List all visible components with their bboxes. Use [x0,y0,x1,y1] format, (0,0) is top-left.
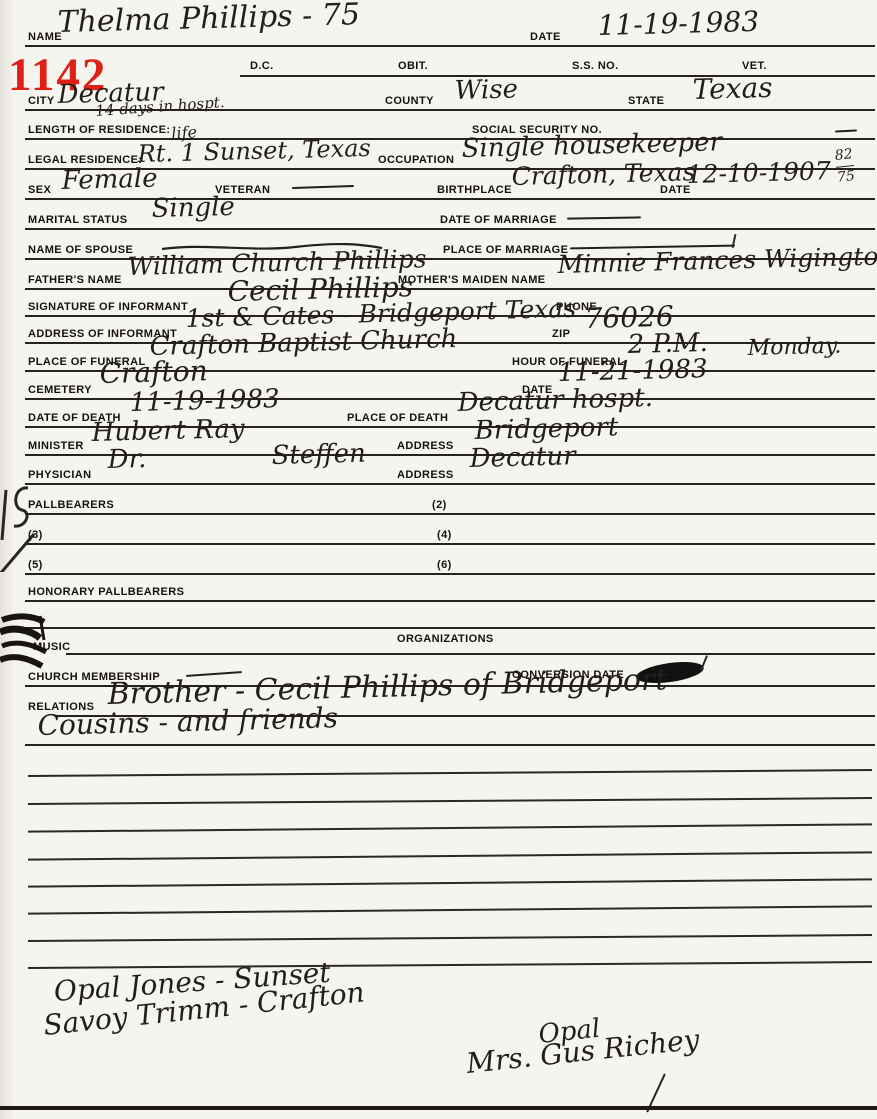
organizations-label: ORGANIZATIONS [397,633,494,645]
rule-minister-row [25,454,875,456]
fathers-name-label: FATHER'S NAME [28,274,122,286]
place-of-death-value: Decatur hospt. [457,385,653,416]
pallbearer-slot5-label: (5) [28,559,43,571]
veteran-dash-ink [292,185,354,190]
name-value: Thelma Phillips - 75 [57,0,360,38]
date-of-death-value: 11-19-1983 [129,386,280,416]
physician-title-value: Dr. [107,446,146,473]
pallbearer-slot3-label: (3) [28,529,43,541]
marital-status-value: Single [151,194,235,222]
ss-no-label: S.S. NO. [572,60,619,72]
pallbearer-slot4-label: (4) [437,529,452,541]
hour-of-funeral-note: Monday. [747,336,841,360]
occupation-label: OCCUPATION [378,154,454,166]
music-label: MUSIC [33,641,70,653]
relations-value: Brother - Cecil Phillips of Bridgeport [107,665,667,710]
rule-status-row [240,75,875,77]
sex-value: Female [61,165,158,194]
county-label: COUNTY [385,95,434,107]
rule-pallbearers-row-2 [25,543,875,545]
minister-value: Hubert Ray [91,416,245,446]
physician-name-value: Steffen [271,441,366,469]
rule-blank-4 [28,851,872,860]
physician-address-value: Decatur [469,443,576,472]
relations-value-2: Cousins - and friends [37,704,338,740]
interment-date-value: 11-21-1983 [557,356,708,386]
pallbearers-label: PALLBEARERS [28,499,114,511]
county-value: Wise [454,76,518,104]
date-value: 11-19-1983 [597,8,759,40]
rule-blank-honorary-2 [25,627,875,629]
birth-date-value: 12-10-1907 [686,158,831,187]
margin-age-top: 82 [834,146,853,164]
rule-pallbearers-row-3 [25,573,875,575]
pallbearer-slot2-label: (2) [432,499,447,511]
state-label: STATE [628,95,664,107]
rule-parents-row [25,288,875,290]
place-of-death-label: PLACE OF DEATH [347,412,448,424]
rule-honorary-row [25,600,875,602]
rule-physician-row [25,483,875,485]
city-label: CITY [28,95,55,107]
date-label: DATE [530,31,561,43]
mothers-maiden-name-label: MOTHER'S MAIDEN NAME [398,274,546,286]
rule-marital-row [25,228,875,230]
rule-pallbearers-row [25,513,875,515]
rule-bottom-edge [0,1106,877,1110]
rule-relations-row-2 [25,744,875,746]
legal-residence-value: Rt. 1 Sunset, Texas [137,136,371,166]
marital-status-label: MARITAL STATUS [28,214,128,226]
conversion-date-tail-ink [700,655,708,671]
minister-address-label: ADDRESS [397,440,454,452]
minister-address-value: Bridgeport [474,414,618,444]
sex-label: SEX [28,184,51,196]
dc-label: D.C. [250,60,274,72]
physician-label: PHYSICIAN [28,469,92,481]
rule-name-row [25,45,875,47]
signature-of-informant-label: SIGNATURE OF INFORMANT [28,301,188,313]
rule-blank-3 [28,823,872,832]
obit-label: OBIT. [398,60,428,72]
cemetery-value: Crafton [99,357,208,388]
minister-label: MINISTER [28,440,84,452]
margin-age-bottom: 75 [836,165,856,188]
rule-blank-1 [28,769,872,776]
date-of-marriage-dash-ink [567,216,641,220]
rule-music-row [66,653,875,655]
rule-blank-5 [28,878,872,887]
cemetery-label: CEMETERY [28,384,92,396]
rule-blank-2 [28,797,872,804]
place-of-marriage-label: PLACE OF MARRIAGE [443,244,568,256]
pallbearer-slot6-label: (6) [437,559,452,571]
rule-blank-7 [28,934,872,941]
state-value: Texas [692,74,773,104]
mothers-maiden-name-value: Minnie Frances Wigington [557,243,877,277]
honorary-pallbearers-label: HONORARY PALLBEARERS [28,586,184,598]
date-of-marriage-label: DATE OF MARRIAGE [440,214,557,226]
name-of-spouse-label: NAME OF SPOUSE [28,244,133,256]
funeral-record-scan: 1142 NAME Thelma Phillips - 75 DATE 11-1… [0,0,877,1119]
length-of-residence-label: LENGTH OF RESIDENCE: [28,124,170,136]
margin-age-fraction: 82 75 [834,145,856,188]
birthplace-label: BIRTHPLACE [437,184,512,196]
physician-address-label: ADDRESS [397,469,454,481]
rule-blank-6 [28,905,872,914]
ss-no-dash-ink [835,129,857,133]
zip-label: ZIP [552,328,570,340]
